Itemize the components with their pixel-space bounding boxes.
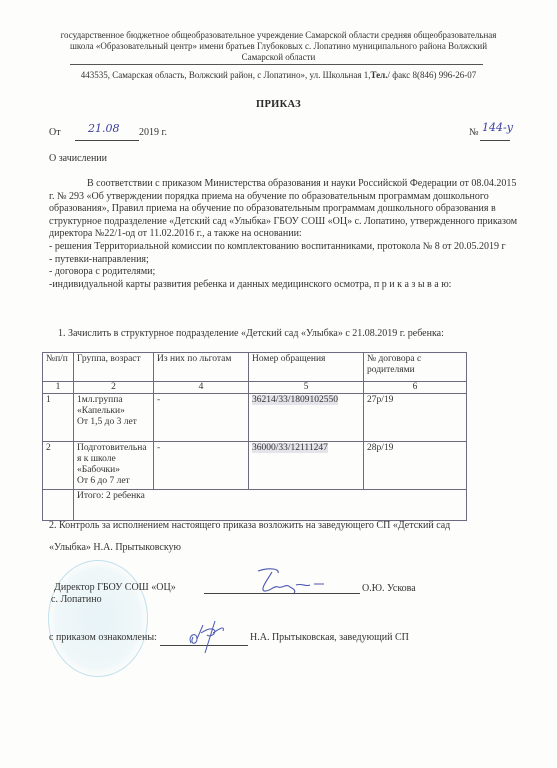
org-name-line-3: Самарской области (0, 52, 557, 63)
basis-item: -индивидуальной карты развития ребенка и… (49, 279, 519, 292)
handwritten-number: 144-у (482, 121, 513, 134)
director-title: Директор ГБОУ СОШ «ОЦ» (54, 582, 176, 594)
request-number-cell: 36000/33/12111247 (249, 442, 364, 490)
benefits-cell: - (154, 442, 249, 490)
number-underline (480, 140, 510, 141)
org-address: 443535, Самарская область, Волжский райо… (0, 70, 557, 81)
request-number-cell: 36214/33/1809102550 (249, 394, 364, 442)
contract-number-cell: 27р/19 (364, 394, 467, 442)
group-line: «Бабочки» (77, 465, 150, 476)
director-name: О.Ю. Ускова (362, 583, 416, 595)
date-underline (75, 140, 139, 141)
document-title: ПРИКАЗ (0, 99, 557, 110)
header-cell: Группа, возраст (74, 353, 154, 382)
preamble: В соответствии с приказом Министерства о… (49, 178, 519, 291)
table-total-row: Итого: 2 ребенка (43, 490, 467, 521)
table-header-row: №п/п Группа, возраст Из них по льготам Н… (43, 353, 467, 382)
group-line: От 1,5 до 3 лет (77, 417, 150, 428)
acquainted-label: с приказом ознакомлены: (49, 632, 157, 644)
group-line: От 6 до 7 лет (77, 476, 150, 487)
item-2-line-1: 2. Контроль за исполнением настоящего пр… (49, 520, 450, 532)
basis-item: - путевки-направления; (49, 254, 519, 267)
column-number: 4 (154, 382, 249, 394)
acquainted-name: Н.А. Прытыковская, заведующий СП (250, 632, 409, 644)
row-number: 1 (43, 394, 74, 442)
item-2-line-2: «Улыбка» Н.А. Прытыковскую (49, 542, 181, 554)
header-cell: №п/п (43, 353, 74, 382)
benefits-cell: - (154, 394, 249, 442)
address-text: 443535, Самарская область, Волжский райо… (81, 70, 371, 80)
header-cell: № договора с родителями (364, 353, 467, 382)
header-cell: Из них по льготам (154, 353, 249, 382)
letterhead-divider (70, 64, 483, 65)
org-name-line-1: государственное бюджетное общеобразовате… (0, 30, 557, 41)
header-cell: Номер обращения (249, 353, 364, 382)
column-number: 5 (249, 382, 364, 394)
group-age-cell: 1мл.группа «Капельки» От 1,5 до 3 лет (74, 394, 154, 442)
enrollment-table: №п/п Группа, возраст Из них по льготам Н… (42, 352, 467, 521)
date-prefix: От (49, 127, 61, 139)
director-signature-icon (250, 565, 330, 595)
preamble-paragraph: В соответствии с приказом Министерства о… (49, 178, 519, 241)
org-name-line-2: школа «Образовательный центр» имени брат… (0, 41, 557, 52)
basis-item: - договора с родителями; (49, 266, 519, 279)
item-1-enroll: 1. Зачислить в структурное подразделение… (58, 328, 444, 340)
table-row: 1 1мл.группа «Капельки» От 1,5 до 3 лет … (43, 394, 467, 442)
request-number: 36000/33/12111247 (252, 443, 328, 453)
group-line: «Капельки» (77, 406, 150, 417)
column-number: 1 (43, 382, 74, 394)
basis-item: - решения Территориальной комиссии по ко… (49, 241, 519, 254)
group-line: я к школе (77, 454, 150, 465)
phone-number: / факс 8(846) 996-26-07 (387, 70, 476, 80)
empty-cell (43, 490, 74, 521)
contract-number-cell: 28р/19 (364, 442, 467, 490)
request-number: 36214/33/1809102550 (252, 395, 338, 405)
date-year: 2019 г. (139, 127, 167, 139)
column-number-row: 1 2 4 5 6 (43, 382, 467, 394)
number-prefix: № (469, 127, 479, 139)
row-number: 2 (43, 442, 74, 490)
group-line: Подготовительна (77, 443, 150, 454)
table-row: 2 Подготовительна я к школе «Бабочки» От… (43, 442, 467, 490)
director-location: с. Лопатино (51, 594, 102, 606)
group-line: 1мл.группа (77, 395, 150, 406)
document-page: государственное бюджетное общеобразовате… (0, 0, 557, 768)
column-number: 2 (74, 382, 154, 394)
official-stamp (48, 560, 148, 677)
order-subject: О зачислении (49, 153, 107, 165)
total-cell: Итого: 2 ребенка (74, 490, 467, 521)
column-number: 6 (364, 382, 467, 394)
acquainted-signature-icon (185, 615, 235, 655)
phone-label: Тел. (371, 70, 388, 80)
handwritten-date: 21.08 (88, 122, 120, 135)
group-age-cell: Подготовительна я к школе «Бабочки» От 6… (74, 442, 154, 490)
